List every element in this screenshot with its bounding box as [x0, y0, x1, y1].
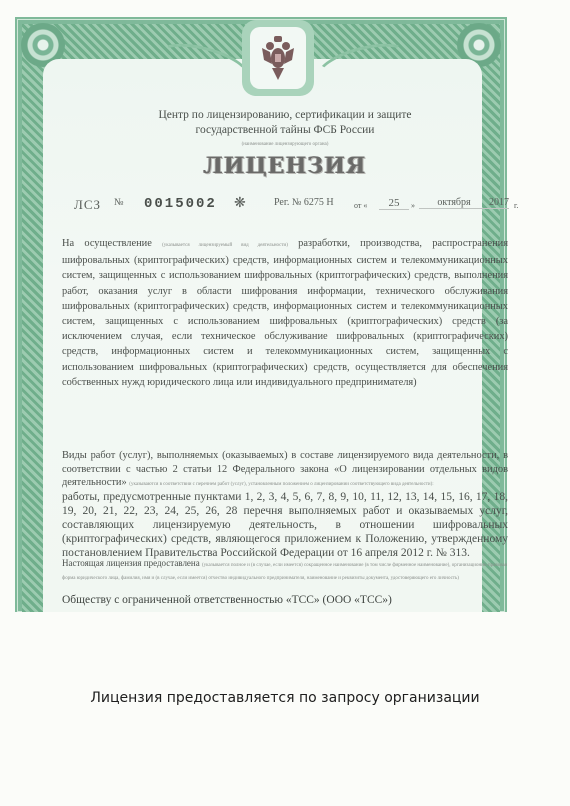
- series: ЛСЗ: [74, 197, 101, 213]
- year-suffix: г.: [514, 201, 518, 210]
- issuer-line-2: государственной тайны ФСБ России: [62, 123, 508, 138]
- date-day: 25: [379, 197, 409, 210]
- issuer-line-1: Центр по лицензированию, сертификации и …: [62, 108, 508, 123]
- caption: Лицензия предоставляется по запросу орга…: [0, 690, 570, 706]
- document-title: ЛИЦЕНЗИЯ: [62, 153, 508, 179]
- double-headed-eagle-icon: [258, 34, 298, 82]
- activity-section: На осуществление (указывается лицензируе…: [62, 236, 508, 390]
- works-text: работы, предусмотренные пунктами 1, 2, 3…: [62, 490, 508, 560]
- certificate-header: Центр по лицензированию, сертификации и …: [62, 108, 508, 179]
- activity-text: разработки, производства, распространени…: [62, 238, 508, 388]
- issuer-note: (наименование лицензирующего органа): [62, 142, 508, 147]
- works-note: (указываются в соответствии с перечнем р…: [129, 482, 433, 487]
- number-sign: №: [114, 197, 124, 208]
- holder-name: Обществу с ограниченной ответственностью…: [62, 594, 392, 606]
- registration-number: Рег. № 6275 Н: [274, 197, 334, 208]
- registration-line: ЛСЗ № 0015002 ❋ Рег. № 6275 Н от « 25 » …: [74, 197, 514, 213]
- activity-note: (указывается лицензируемый вид деятельно…: [162, 243, 288, 248]
- issuer-name: Центр по лицензированию, сертификации и …: [62, 108, 508, 138]
- form-number: 0015002: [144, 196, 217, 212]
- works-section: Виды работ (услуг), выполняемых (оказыва…: [62, 449, 508, 560]
- star-icon: ❋: [234, 195, 246, 212]
- holder-section: Настоящая лицензия предоставлена (указыв…: [62, 557, 508, 583]
- date-quote: »: [411, 201, 415, 210]
- activity-lead: На осуществление: [62, 238, 152, 249]
- date-year: 2017: [479, 197, 509, 209]
- holder-lead: Настоящая лицензия предоставлена: [62, 558, 200, 568]
- date-from-label: от «: [354, 201, 367, 210]
- coat-of-arms: [242, 20, 314, 96]
